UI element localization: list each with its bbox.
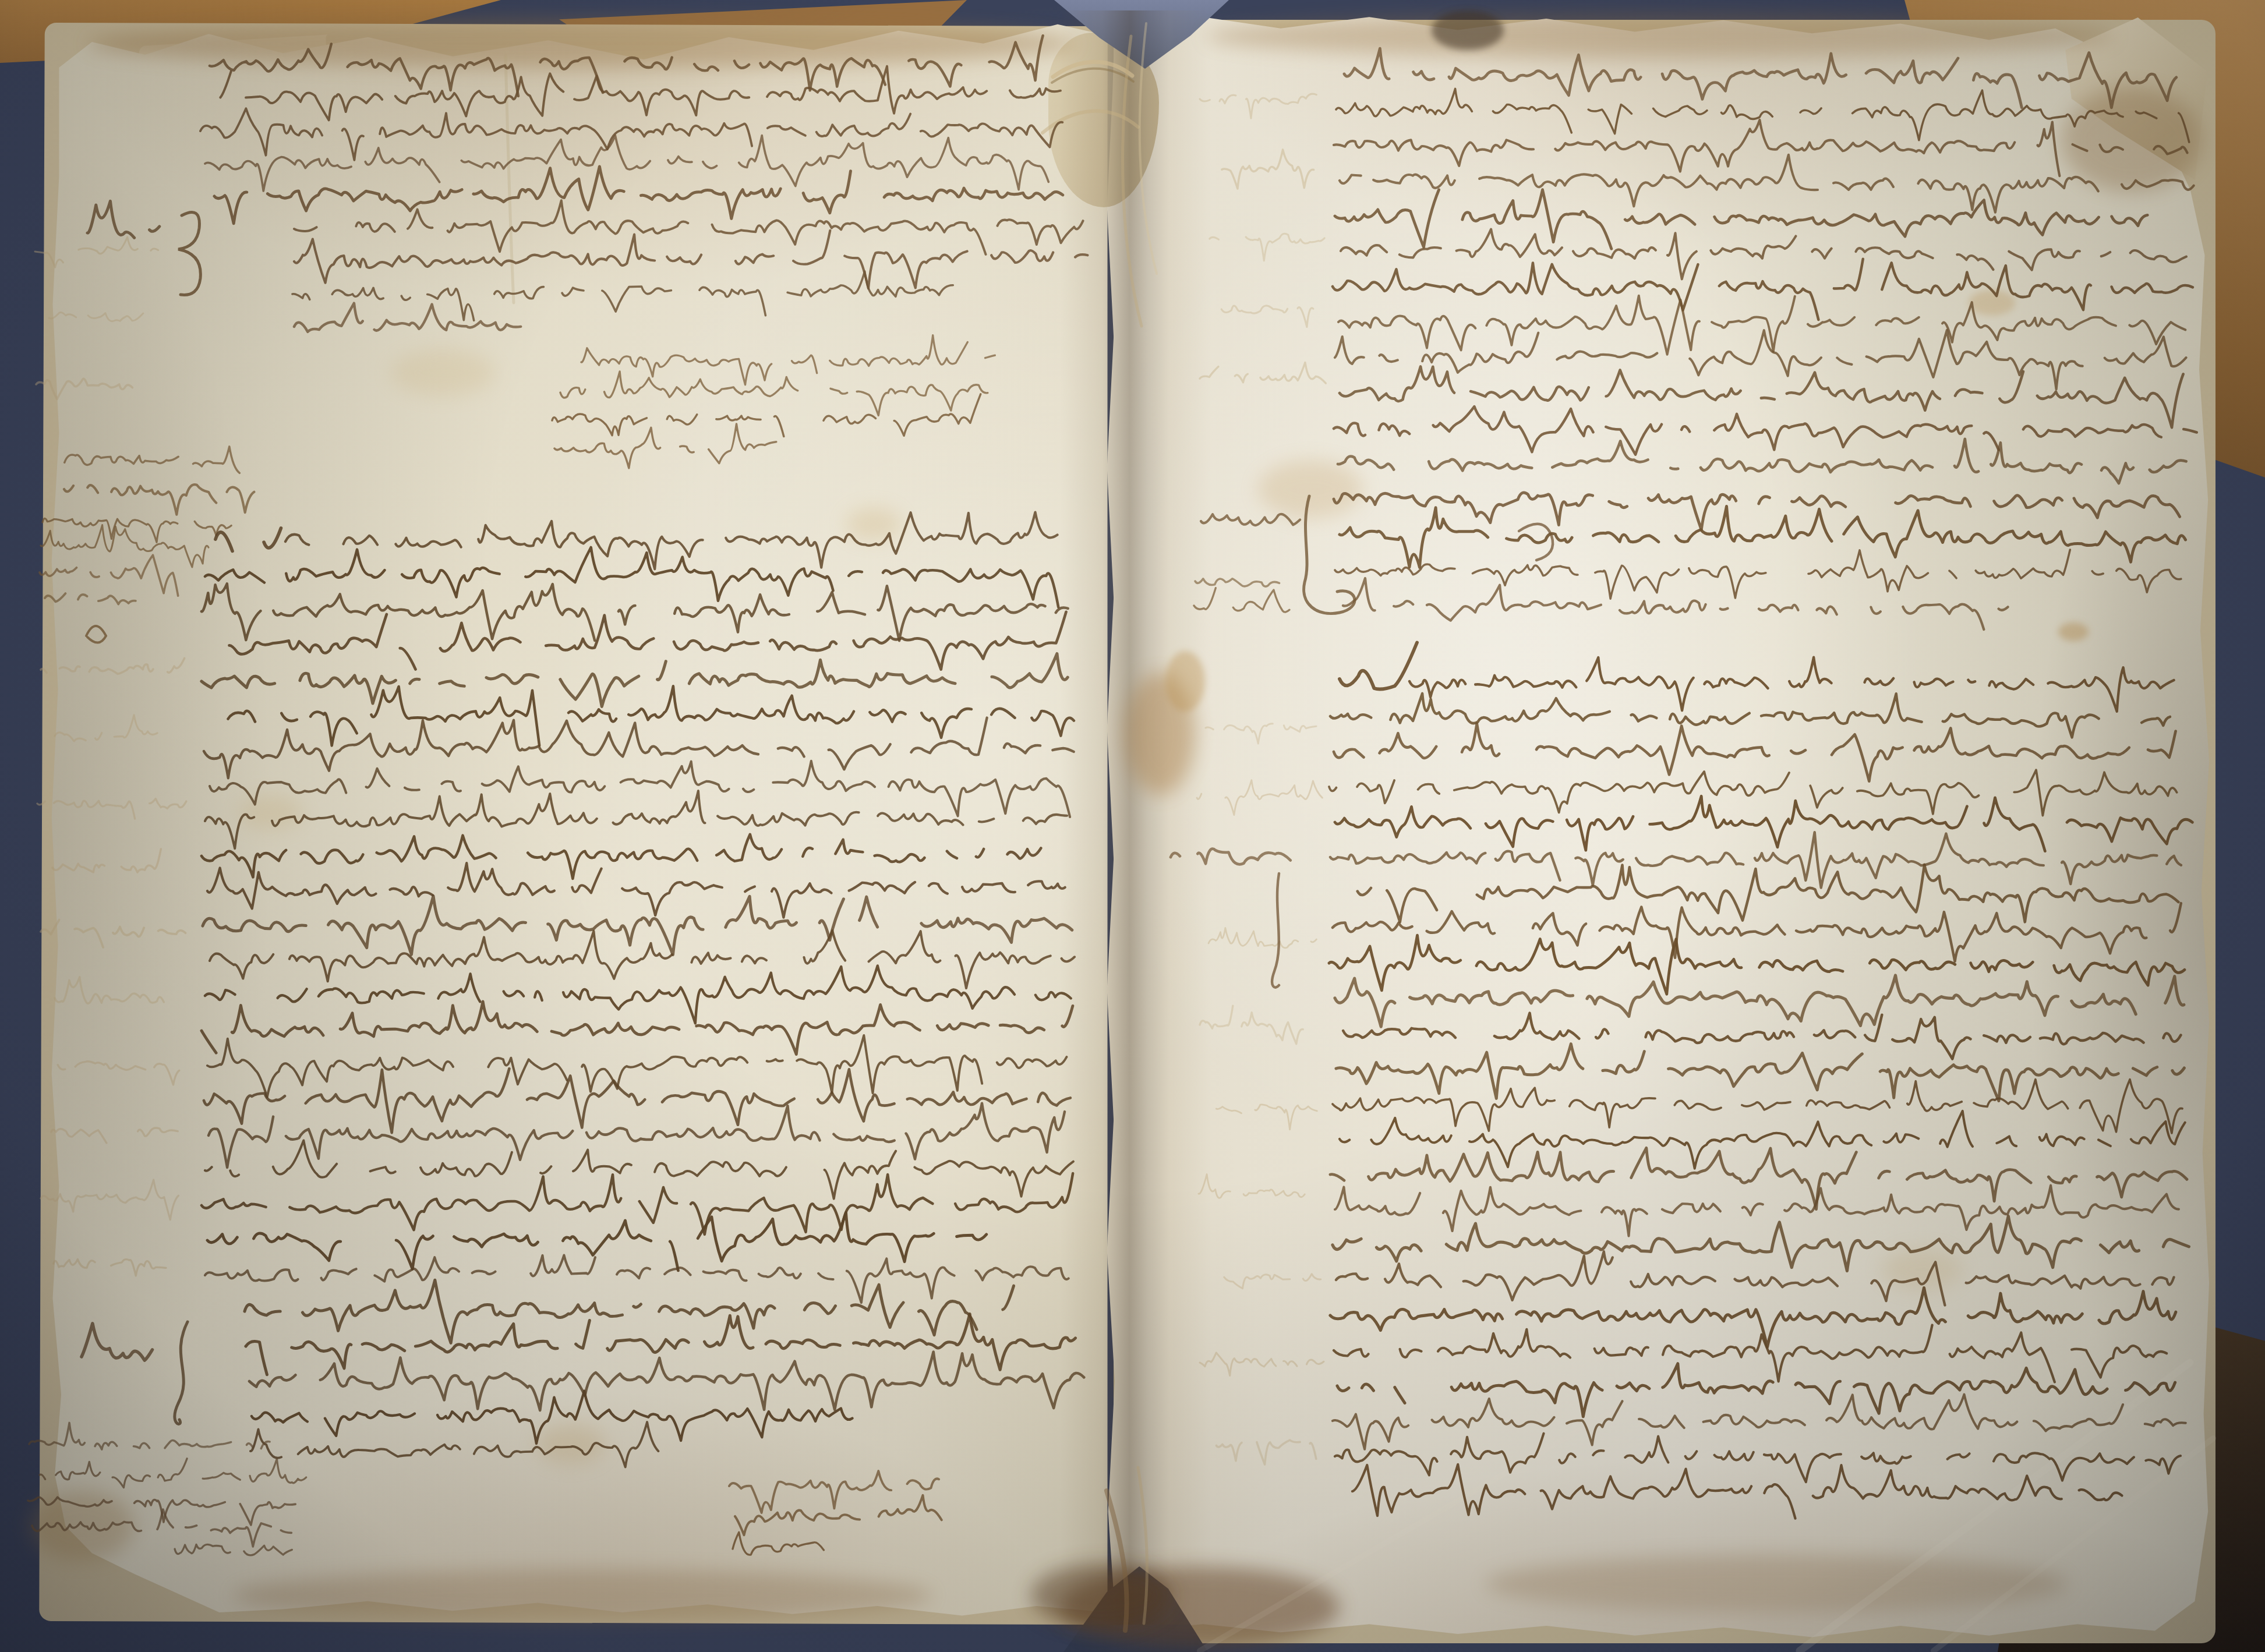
paper-stain (2062, 87, 2202, 192)
paper-stain (1165, 651, 1205, 712)
paper-stain (1206, 14, 2114, 58)
left-page-margin-note-upper (40, 447, 254, 604)
fold-crease (1934, 1438, 2213, 1651)
pen-flourish (1272, 873, 1279, 988)
left-page-main-paragraph (202, 512, 1084, 1467)
paper-stain (1432, 10, 1504, 50)
paper-stain (390, 349, 495, 396)
paper-stain (1031, 1563, 1171, 1628)
left-page-ghost-show-through (35, 237, 186, 1276)
right-page-margin-nota-first (1201, 514, 1300, 525)
paper-stain (2058, 622, 2089, 641)
left-page-margin-nota-lower (82, 1324, 153, 1360)
paper-stain (233, 1569, 932, 1622)
right-page-margin-nota-second (1171, 849, 1307, 865)
paper-stain (1258, 460, 1363, 518)
pen-flourish (86, 626, 106, 643)
pen-flourish (178, 212, 200, 295)
left-page-opening-paragraph (200, 36, 1087, 332)
manuscript-photo (0, 0, 2265, 1652)
left-page-subscription-upper (552, 335, 995, 468)
paper-stain (239, 795, 303, 830)
fold-crease (1140, 23, 1157, 274)
right-page-ghost-show-through (1197, 94, 1326, 1464)
paper-stain (1969, 290, 2015, 316)
right-page-second-entry-paragraph (1329, 643, 2192, 1519)
paper-stain (1485, 1555, 2068, 1613)
handwriting-layer (0, 0, 2265, 1652)
left-page-subscription-lower (729, 1471, 942, 1555)
right-page-margin-note-first (1194, 579, 1305, 612)
paper-stain (846, 508, 902, 540)
pen-flourish (175, 1322, 188, 1424)
left-page-margin-nota-upper (87, 201, 160, 238)
fold-crease (506, 55, 514, 303)
